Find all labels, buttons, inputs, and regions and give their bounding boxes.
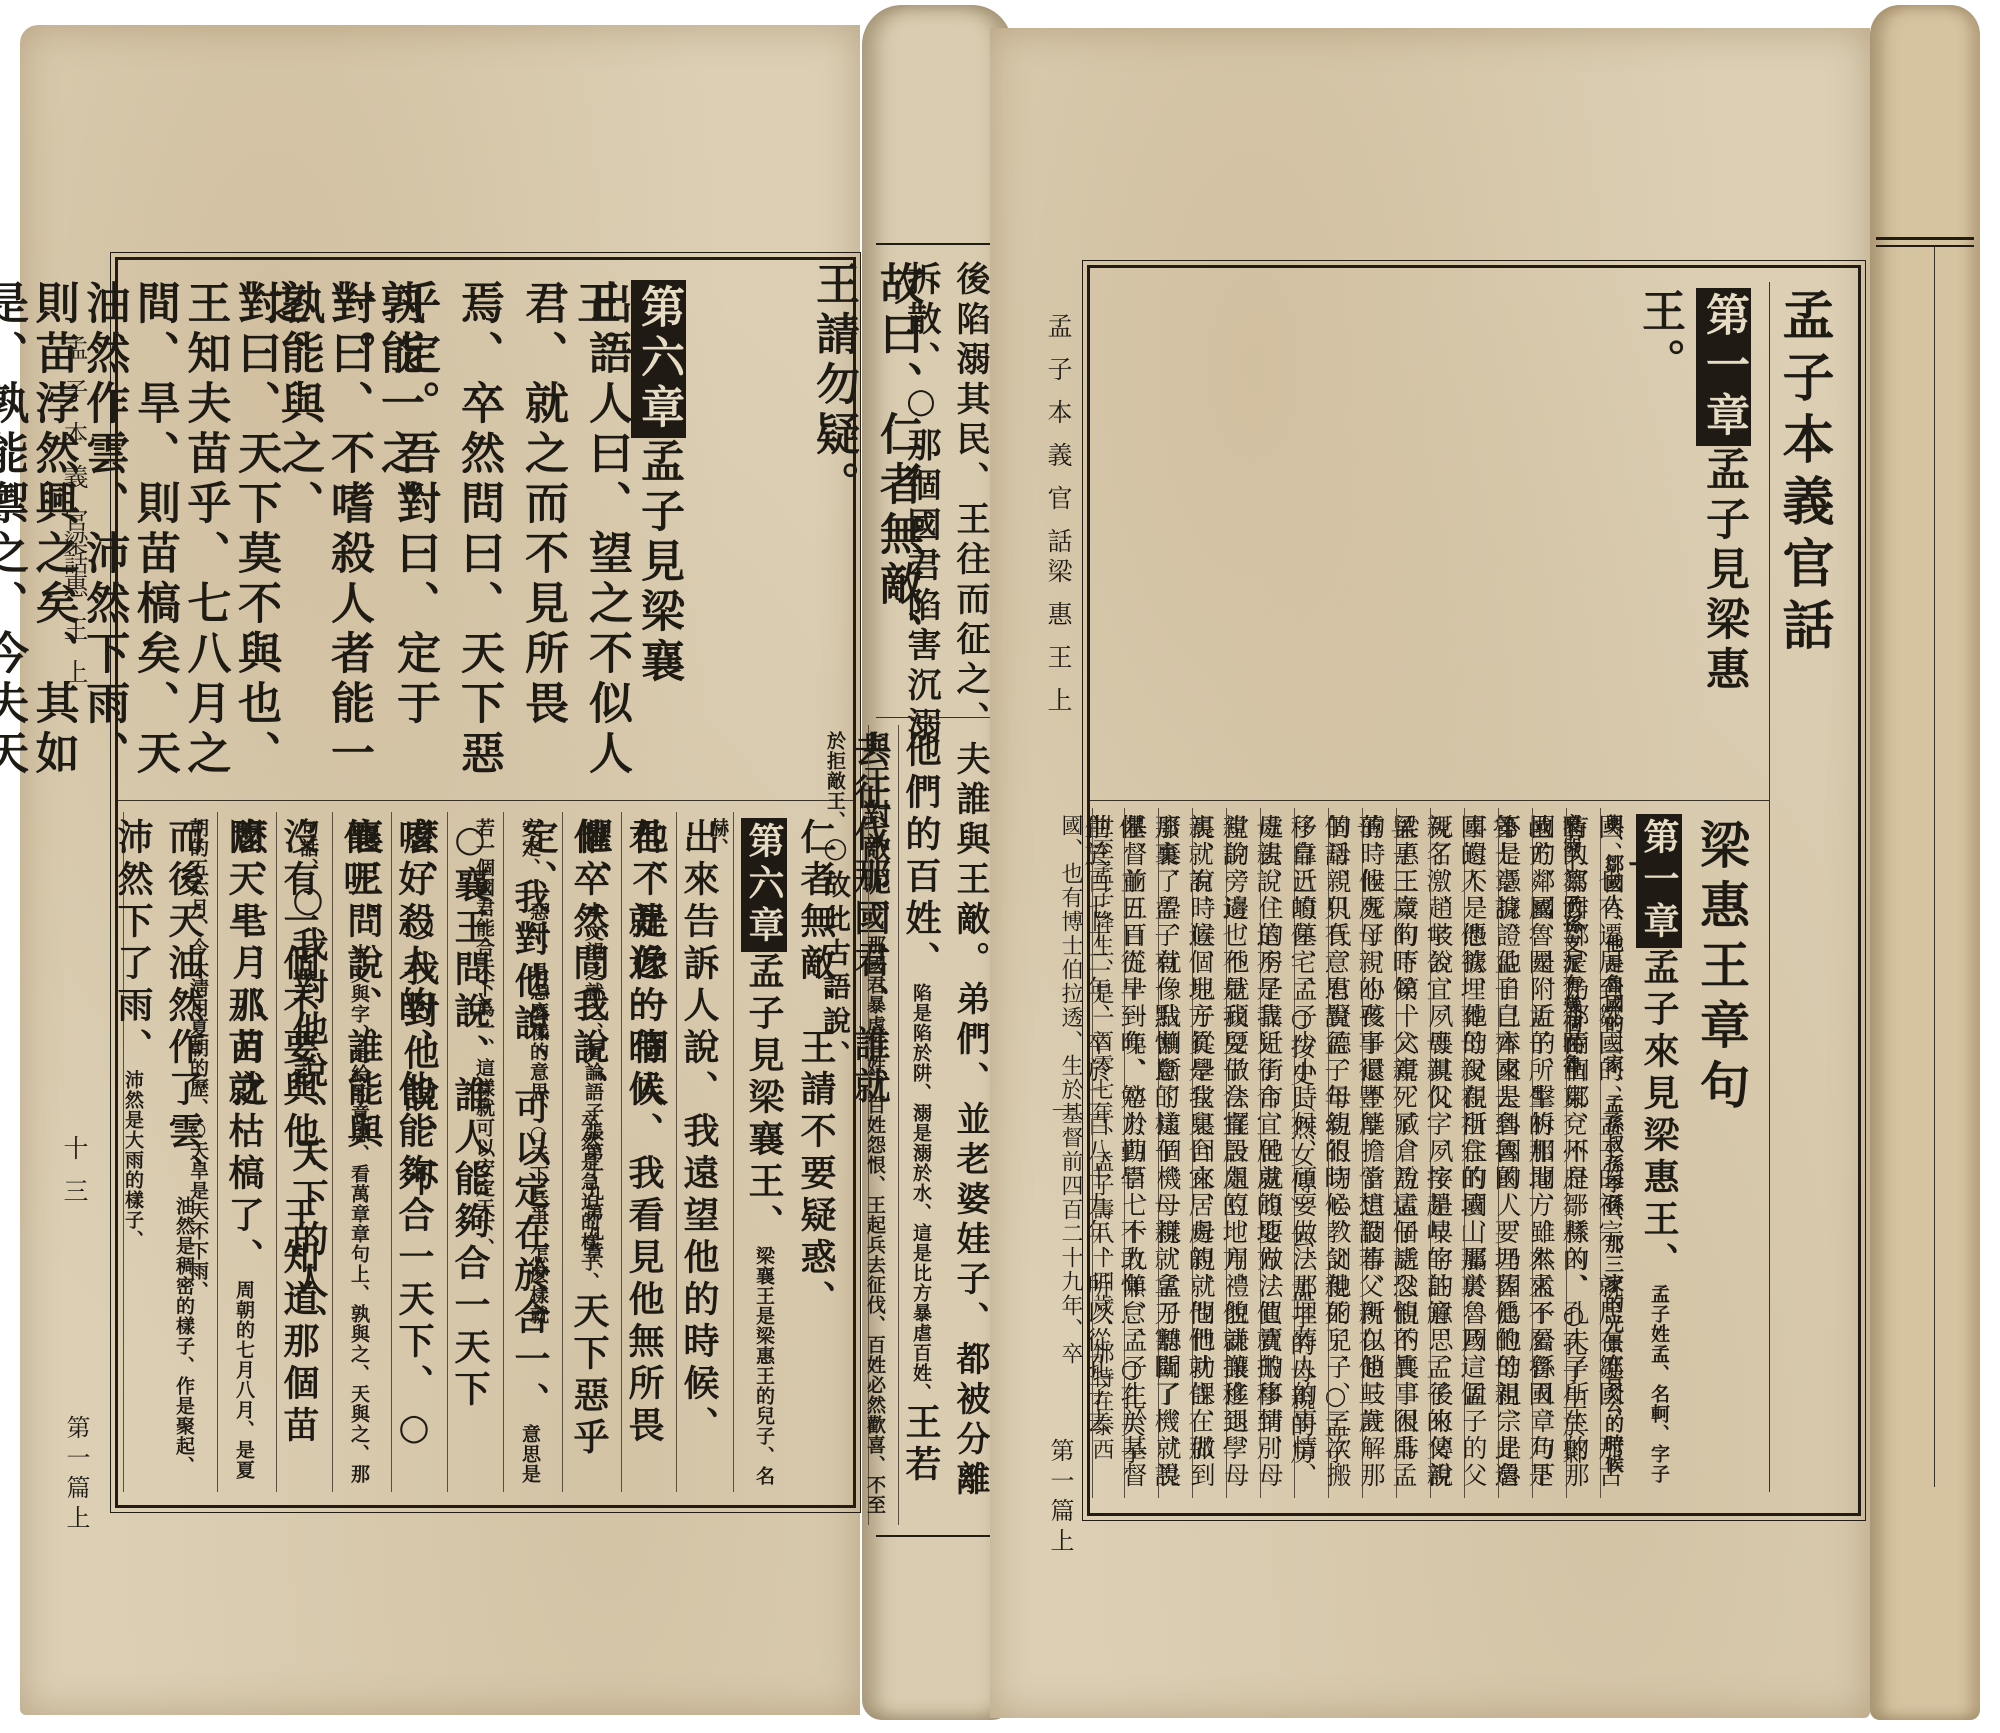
left-comm-col-2: 第六章孟子見梁襄王、梁襄王是梁惠王的兒子、名赫、	[733, 812, 793, 1492]
right-comm-col-11: 子靠近墳墓、孟子少小時候、頑耍做法那埋葬人的事情、母親說、這不是我兒子合宜居處的…	[1294, 808, 1324, 1498]
right-comm-col-5: 不是憑據證他自己本來是魯國的人、乃因爲他的祖宗是魯國的人、他欲埋葬母親在祖宗的墳…	[1498, 808, 1528, 1498]
left-comm-col-8: 嗜好殺人的、他能夠合一天下、○襄王問說、誰能與	[391, 812, 443, 1492]
left-page: 孟子本義官話 梁惠王上 十三 第一篇上 第六章孟子見梁襄王。 出語人曰、望之不似…	[20, 25, 860, 1715]
right-half-divider	[1090, 800, 1770, 801]
spine-bottom-rule	[876, 1535, 998, 1537]
right-margin-title: 孟子本義官話	[1046, 313, 1071, 571]
roll-top-rule	[1876, 237, 1974, 240]
right-comm-col-15: 廢棄了學、就像我割斷了這個機一樣、孟子聽聞了、就畏懼、並日日從早到晚、勉力勤學、…	[1158, 808, 1188, 1498]
right-page: 孟子本義官話 梁惠王上 一 第一篇上 孟子本義官話 梁惠王章句上 第一章孟子見梁…	[990, 28, 1870, 1718]
comm-note: 油然是稠密的樣子、作是聚起、	[173, 1196, 195, 1476]
right-comm-col-9: 的時候死了、小孩子還不能擔當這個事、所以趙岐註解那個話、只有意思說孟子年幼的時候…	[1362, 808, 1392, 1498]
chapter-label: 第一章	[1696, 288, 1751, 446]
chapter-label: 第一章	[1636, 814, 1682, 948]
spine-col-mid: 他們的百姓、陷是陷於阱、溺是溺於水、這是比方暴虐百姓、王若去征伐那國君、誰就	[898, 725, 950, 1525]
comm-text: 他呢、	[338, 818, 380, 944]
right-comm-col-16: 基督前五百五十一年、卒於四百七十九年、孟子生於基督前三百七十二年、卒於二百八十九…	[1124, 808, 1154, 1498]
comm-text: 沛然下了雨、	[112, 818, 154, 1070]
right-comm-col-4: 國的鄰國、是附近的、擊柝相聞、雖然孟子公孫丑章句下第七章說、孟子自齊國去到魯國、…	[1532, 808, 1562, 1498]
spine-verse-left: 故曰、仁者無敵、王請勿疑。	[880, 255, 932, 675]
right-verse-chapter: 第一章孟子見梁惠王。	[1702, 282, 1758, 792]
chapter-heading: 梁惠王章句上	[1696, 813, 1760, 1133]
comm-text: 孟子來見梁惠王、	[1638, 948, 1680, 1284]
book-title: 孟子本義官話	[1780, 282, 1844, 802]
comm-text: 他們的百姓、	[900, 731, 942, 983]
left-margin-volume: 第一篇上	[64, 1415, 88, 1535]
left-page-number: 十三	[62, 1135, 87, 1221]
left-comm-col-3: 出來告訴人說、我遠望他的時候、他不是像一個人	[676, 812, 728, 1492]
roll-column-line	[1934, 247, 1935, 1487]
right-comm-col-14: 裏、有時候、兒子從學堂裏回來、母親就問他功課、做到那裏、孟子有一點懶怠的樣子、母…	[1192, 808, 1222, 1498]
left-comm-col-10: 沒有一個不要與他、王知道那個苗麽、七月八月之	[276, 812, 328, 1492]
spine-col-left: 與王對敵呢、那國君暴虐百姓、百姓怨恨、王起兵去征伐、百姓必然歡喜、不至於拒敵王、…	[868, 725, 898, 1525]
left-comm-col-11: 間天旱、那苗就枯槁了、周朝的七月八月、是夏朝的五六月、今大淸用夏朝的歷、○天旱是…	[217, 812, 273, 1492]
right-comm-col-2: 國、也有遷居到鄒國的、孟子的祖宗、就居在鄒國、那古時的鄒國、是在今時山東兗州府鄒…	[1600, 808, 1630, 1498]
verse-text: 後陷溺其民、王往而征之、夫誰與王敵。	[950, 261, 990, 981]
right-comm-col-7: 死了、趙岐說、夙喪其父、夙字是早字的意思、後來傳說孟子三歲的時候、父親死了、乃這…	[1430, 808, 1460, 1498]
roll-top-rule-2	[1876, 245, 1974, 247]
right-text-frame: 孟子本義官話 梁惠王章句上 第一章孟子見梁惠王。 第一章孟子來見梁惠王、孟子姓孟…	[1087, 265, 1861, 1516]
right-comm-col-13: 堂的旁邊、他就頑耍做法擺設俎豆、用禮貌謙讓進退、母親就說、這個地方眞是我兒合宜居…	[1226, 808, 1256, 1498]
comm-text: 他卒然問我說、	[568, 818, 610, 1112]
left-comm-col-5: 他卒然問我說、卒然是急迫的樣子、天下惡乎定、惡乎、是怎麽樣的意思、○天下兵爭、怎…	[562, 812, 618, 1492]
right-rolled-leaf	[1870, 5, 1980, 1720]
right-comm-col-12: 處去、住的房子靠近街市、他就頑耍做法買賣的事情、母親說、這也不是我兒子合宜居處的…	[1260, 808, 1290, 1498]
right-comm-col-6: 事還不是憑據、他的父親所住的國、屬於魯國、孟子的父親名激、字公宜、母親仉字、按趙…	[1464, 808, 1494, 1498]
comm-text: 而後天油然作了雲、	[163, 818, 205, 1196]
comm-text: ○故此古語說、	[819, 831, 852, 1074]
right-comm-col-1: 第一章孟子來見梁惠王、孟子姓孟、名軻、字子輿、鄒國人、他是魯國的三家、孟孫叔孫季…	[1636, 808, 1688, 1498]
spine-top-rule	[876, 243, 998, 245]
comm-note: 安定、	[519, 818, 541, 878]
comm-note: 沛然是大雨的樣子、	[122, 1070, 144, 1250]
chapter-label: 第六章	[741, 818, 787, 952]
right-comm-col-10: 的母親仉氏、有賢德、母親很切心教訓他的兒子、三次搬移自己的住宅、○按史（烈女傳）…	[1328, 808, 1358, 1498]
left-comm-col-6: 安定、我對他說、可以定在於合一、意思是若一個國君能合天下爲一、這樣就可以安定天下…	[503, 812, 559, 1492]
left-comm-col-9: 他呢、本文與字、是給的意思、看萬章章句上、孰與之、天與之、那句話、○我對他說、天…	[332, 812, 388, 1492]
left-comm-col-12: 而後天油然作了雲、油然是稠密的樣子、作是聚起、沛然下了雨、沛然是大雨的樣子、	[123, 812, 213, 1492]
comm-note: 陷是陷於阱、溺是溺於水、這是比方暴虐百姓、	[910, 983, 932, 1403]
title-divider	[1769, 282, 1770, 1492]
comm-note: 卒然是急迫的樣子、	[578, 1112, 600, 1292]
left-comm-col-4: 君、就近的時候、我看見他無所畏懼、本文望之就之、看論語子張第十九第九章、	[621, 812, 673, 1492]
comm-text: 孟子見梁襄王、	[743, 952, 785, 1246]
half-divider	[118, 800, 853, 801]
right-margin-volume: 第一篇上	[1048, 1438, 1072, 1558]
comm-text: 間天旱、那苗就枯槁了、	[223, 818, 265, 1280]
comm-text: 與王對敵呢、	[859, 731, 892, 935]
right-margin-section: 梁惠王上	[1046, 558, 1071, 730]
left-text-frame: 第六章孟子見梁襄王。 出語人曰、望之不似人君、就之而不見所畏焉、卒然問曰、天下惡…	[115, 257, 856, 1508]
right-comm-col-17: 世至孟子降生、是一百零七年、孟子壽八十四歲、那特在泰西國、也有博士伯拉透、生於基…	[1092, 808, 1120, 1498]
right-comm-col-8: 梁惠王章句下第十六章、臧倉說孟子處父親的喪事很非薄、他處母親的喪事很豐厚、予想設…	[1396, 808, 1426, 1498]
comm-text: 我對他說、可以定在於合一、	[509, 878, 551, 1424]
right-comm-col-3: 有人寫作鄒、乃那兩個鄒、不是一樣的、孔夫子所生的那地方、屬魯國、孟子所生的那地方…	[1566, 808, 1596, 1498]
spine-half-divider	[876, 717, 998, 718]
left-comm-col-7: ○襄王問說、誰人能夠合一天下麽、○我對他說、不	[447, 812, 499, 1492]
left-verse-6: 對曰、天下莫不與也、王知夫苗乎、七八月之間、旱、則苗槁矣、天油然作雲、沛然下雨、…	[123, 274, 283, 794]
